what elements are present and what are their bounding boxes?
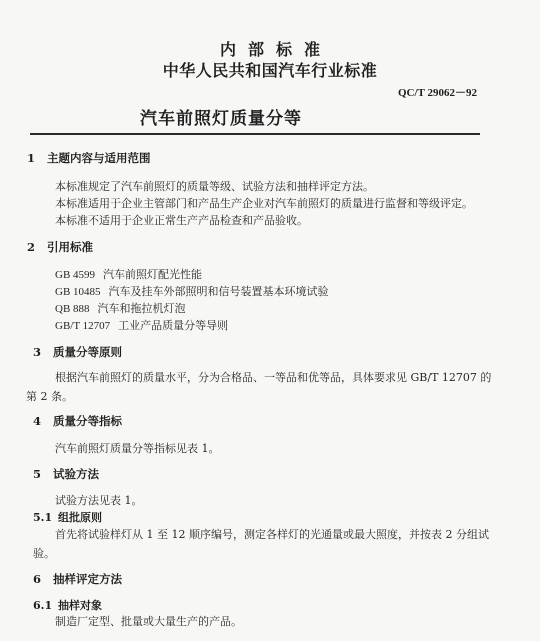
section-number: 5 xyxy=(33,467,53,481)
section-number: 2 xyxy=(27,240,47,254)
paragraph: 本标准规定了汽车前照灯的质量等级、试验方法和抽样评定方法。 xyxy=(55,178,374,194)
paragraph: 试验方法见表 1。 xyxy=(55,492,143,508)
national-standard-label: 中华人民共和国汽车行业标准 xyxy=(0,58,540,81)
section-title: 质量分等原则 xyxy=(53,345,122,359)
subsection-number: 5.1 xyxy=(33,511,58,524)
paragraph: 首先将试验样灯从 1 至 12 顺序编号，测定各样灯的光通量或最大照度，并按表 … xyxy=(55,526,489,542)
paragraph: 本标准不适用于企业正常生产产品检查和产品验收。 xyxy=(55,212,308,228)
reference-code: GB/T 12707 xyxy=(55,320,110,332)
paragraph: 本标准适用于企业主管部门和产品生产企业对汽车前照灯的质量进行监督和等级评定。 xyxy=(55,195,473,211)
section-heading-3: 3质量分等原则 xyxy=(33,344,122,360)
header-divider xyxy=(30,133,480,135)
paragraph: 根据汽车前照灯的质量水平，分为合格品、一等品和优等品，具体要求见 GB/T 12… xyxy=(55,369,491,385)
internal-standard-label: 内部标准 xyxy=(0,37,540,60)
section-number: 1 xyxy=(27,151,47,165)
reference-item: QB 888汽车和拖拉机灯泡 xyxy=(55,300,186,316)
paragraph: 汽车前照灯质量分等指标见表 1。 xyxy=(55,440,220,456)
section-number: 3 xyxy=(33,345,53,359)
paragraph: 验。 xyxy=(33,545,55,561)
document-title: 汽车前照灯质量分等 xyxy=(140,104,302,129)
section-heading-6: 6抽样评定方法 xyxy=(33,571,122,587)
section-title: 试验方法 xyxy=(53,467,99,481)
subsection-heading-6-1: 6.1抽样对象 xyxy=(33,597,102,613)
section-title: 主题内容与适用范围 xyxy=(47,151,151,165)
subsection-title: 抽样对象 xyxy=(58,599,102,612)
section-heading-2: 2引用标准 xyxy=(27,239,93,255)
reference-title: 汽车及挂车外部照明和信号装置基本环境试验 xyxy=(109,285,329,298)
reference-code: GB 10485 xyxy=(55,286,101,298)
reference-title: 汽车前照灯配光性能 xyxy=(103,268,202,281)
section-heading-5: 5试验方法 xyxy=(33,466,99,482)
section-title: 抽样评定方法 xyxy=(53,572,122,586)
paragraph: 制造厂定型、批量或大量生产的产品。 xyxy=(55,613,242,629)
standard-code: QC/T 29062－92 xyxy=(398,84,477,100)
section-heading-1: 1主题内容与适用范围 xyxy=(27,150,151,166)
reference-title: 汽车和拖拉机灯泡 xyxy=(98,302,186,315)
subsection-heading-5-1: 5.1组批原则 xyxy=(33,509,102,525)
subsection-title: 组批原则 xyxy=(58,511,102,524)
reference-item: GB 4599汽车前照灯配光性能 xyxy=(55,266,202,282)
section-title: 质量分等指标 xyxy=(53,414,122,428)
subsection-number: 6.1 xyxy=(33,599,58,612)
paragraph: 第 2 条。 xyxy=(26,388,73,404)
section-number: 6 xyxy=(33,572,53,586)
reference-code: GB 4599 xyxy=(55,269,95,281)
reference-item: GB 10485汽车及挂车外部照明和信号装置基本环境试验 xyxy=(55,283,329,299)
section-number: 4 xyxy=(33,414,53,428)
reference-code: QB 888 xyxy=(55,303,90,315)
reference-title: 工业产品质量分等导则 xyxy=(118,319,228,332)
section-heading-4: 4质量分等指标 xyxy=(33,413,122,429)
section-title: 引用标准 xyxy=(47,240,93,254)
reference-item: GB/T 12707工业产品质量分等导则 xyxy=(55,317,228,333)
